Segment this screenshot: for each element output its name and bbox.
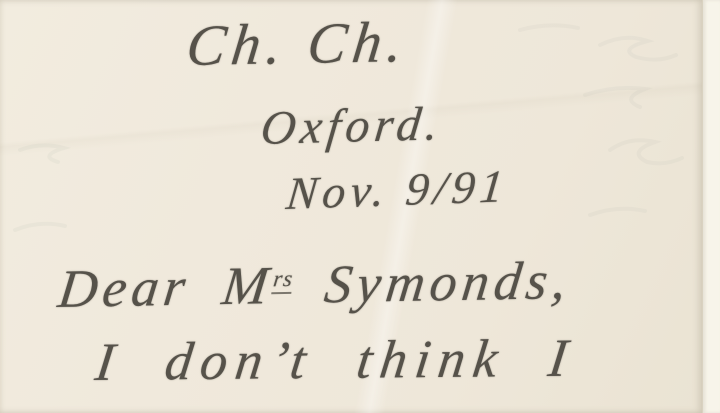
letterhead-city-line: Oxford. <box>258 96 446 156</box>
letterhead-place-line: Ch. Ch. <box>183 8 413 79</box>
salutation-prefix: Dear M <box>55 255 276 319</box>
salutation-name: Symonds, <box>289 250 575 315</box>
letter-photo: Ch. Ch. Oxford. Nov. 9/91 Dear Mrs Symon… <box>0 0 720 413</box>
page-edge-strip <box>702 0 720 413</box>
letter-date-line: Nov. 9/91 <box>284 159 511 220</box>
body-first-line: I don’t think I <box>92 327 579 393</box>
salutation-line: Dear Mrs Symonds, <box>55 249 575 320</box>
